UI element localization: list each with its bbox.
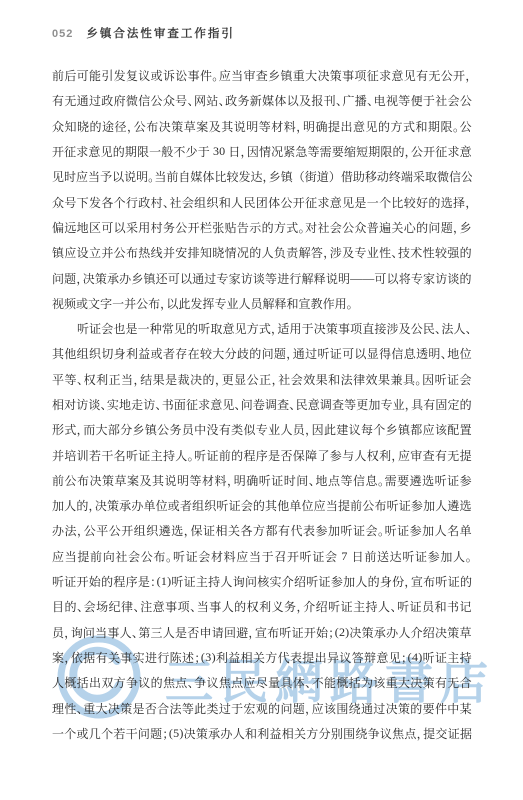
text-line: 员，询问当事人、第三人是否申请回避，宣布听证开始；(2)决策承办人介绍决策草 [52, 620, 472, 645]
text-line: 加人的，决策承办单位或者组织听证会的其他单位应当提前公布听证参加人遴选 [52, 493, 472, 518]
text-line: 前公布决策草案及其说明等材料，明确听证时间、地点等信息。需要遴选听证参 [52, 468, 472, 493]
text-line: 一个或几个若干问题；(5)决策承办人和利益相关方分别围绕争议焦点，提交证据 [52, 721, 472, 746]
text-line: 听证开始的程序是：(1)听证主持人询问核实介绍听证参加人的身份，宣布听证的 [52, 569, 472, 594]
text-line: 目的、会场纪律、注意事项、当事人的权利义务，介绍听证主持人、听证员和书记 [52, 594, 472, 619]
text-line: 众知晓的途径，公布决策草案及其说明等材料，明确提出意见的方式和期限。公 [52, 114, 472, 139]
page-number: 052 [52, 28, 73, 40]
book-title: 乡镇合法性审查工作指引 [86, 25, 235, 41]
text-line: 开征求意见的期限一般不少于 30 日，因情况紧急等需要缩短期限的，公开征求意 [52, 139, 472, 164]
text-line: 形式，而大部分乡镇公务员中没有类似专业人员，因此建议每个乡镇都应该配置 [52, 417, 472, 442]
text-line: 众号下发各个行政村、社会组织和人民团体公开征求意见是一个比较好的选择， [52, 189, 472, 214]
text-line: 办法，公平公开组织遴选，保证相关各方都有代表参加听证会。听证参加人名单 [52, 518, 472, 543]
text-line: 理性、重大决策是否合法等此类过于宏观的问题，应该围绕通过决策的要件中某 [52, 695, 472, 720]
text-line: 有无通过政府微信公众号、网站、政务新媒体以及报刊、广播、电视等便于社会公 [52, 88, 472, 113]
text-line: 并培训若干名听证主持人。听证前的程序是否保障了参与人权利，应审查有无提 [52, 442, 472, 467]
text-line: 相对访谈、实地走访、书面征求意见、问卷调查、民意调查等更加专业，具有固定的 [52, 392, 472, 417]
running-head: 052 乡镇合法性审查工作指引 [52, 25, 235, 41]
text-line: 听证会也是一种常见的听取意见方式，适用于决策事项直接涉及公民、法人、 [52, 316, 472, 341]
text-line: 其他组织切身利益或者存在较大分歧的问题，通过听证可以显得信息透明、地位 [52, 341, 472, 366]
text-line: 镇应设立并公布热线并安排知晓情况的人负责解答，涉及专业性、技术性较强的 [52, 240, 472, 265]
text-line: 案，依据有关事实进行陈述；(3)利益相关方代表提出异议答辩意见；(4)听证主持 [52, 645, 472, 670]
text-line: 问题，决策承办乡镇还可以通过专家访谈等进行解释说明——可以将专家访谈的 [52, 265, 472, 290]
text-line: 平等、权利正当，结果是裁决的，更显公正，社会效果和法律效果兼具。因听证会 [52, 367, 472, 392]
text-line: 前后可能引发复议或诉讼事件。应当审查乡镇重大决策事项征求意见有无公开， [52, 63, 472, 88]
text-line: 人概括出双方争议的焦点、争议焦点应尽量具体、不能概括为该重大决策有无合 [52, 670, 472, 695]
text-line: 偏远地区可以采用村务公开栏张贴告示的方式。对社会公众普遍关心的问题，乡 [52, 215, 472, 240]
text-line: 应当提前向社会公布。听证会材料应当于召开听证会 7 日前送达听证参加人。 [52, 544, 472, 569]
body-text: 前后可能引发复议或诉讼事件。应当审查乡镇重大决策事项征求意见有无公开，有无通过政… [52, 63, 472, 746]
text-line: 视频或文字一并公布，以此发挥专业人员解释和宣教作用。 [52, 291, 472, 316]
document-page: 三民網路書店 052 乡镇合法性审查工作指引 前后可能引发复议或诉讼事件。应当审… [0, 0, 523, 800]
text-line: 见时应当予以说明。当前自媒体比较发达，乡镇（街道）借助移动终端采取微信公 [52, 164, 472, 189]
